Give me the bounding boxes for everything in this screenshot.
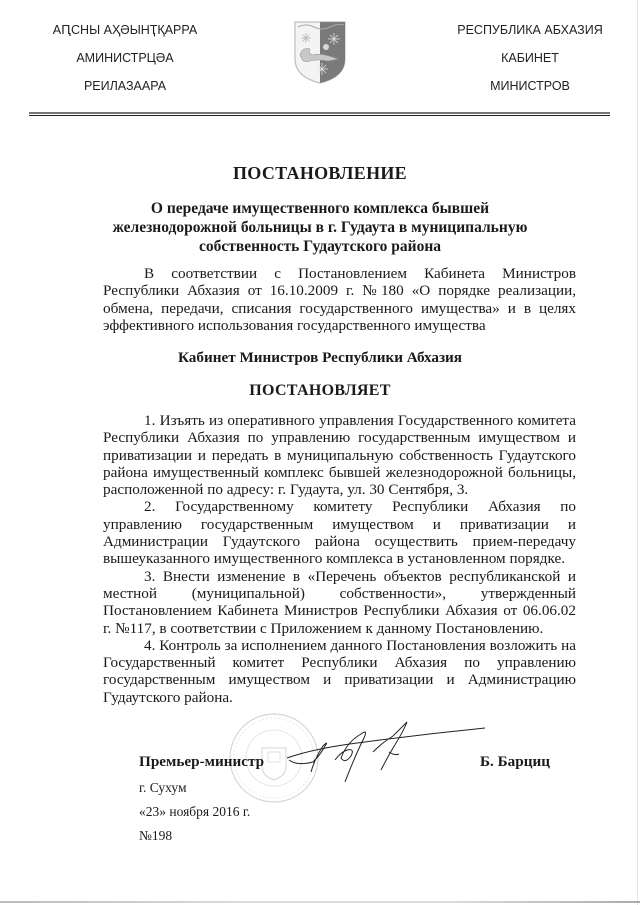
header-russian: РЕСПУБЛИКА АБХАЗИЯ КАБИНЕТ МИНИСТРОВ bbox=[440, 20, 620, 104]
preamble-text: В соответствии с Постановлением Кабинета… bbox=[103, 265, 576, 334]
header-divider bbox=[29, 115, 610, 116]
signatory-position: Премьер-министр bbox=[139, 753, 264, 771]
coat-of-arms-icon bbox=[292, 19, 348, 85]
preamble: В соответствии с Постановлением Кабинета… bbox=[103, 265, 576, 334]
header-line: РЕИЛАЗААРА bbox=[30, 76, 220, 104]
header-line: АМИНИСТРЦӘА bbox=[30, 48, 220, 76]
decree-items: 1. Изъять из оперативного управления Гос… bbox=[103, 412, 576, 706]
signature-icon bbox=[285, 712, 505, 804]
header-line: АԤСНЫ АҲӘЫНҬҚАРРА bbox=[30, 20, 220, 48]
issue-city: г. Сухум bbox=[139, 780, 187, 796]
resolves-heading: ПОСТАНОВЛЯЕТ bbox=[0, 382, 640, 400]
document-subtitle: О передаче имущественного комплекса бывш… bbox=[110, 199, 530, 256]
decree-item: 1. Изъять из оперативного управления Гос… bbox=[103, 412, 576, 498]
issuer: Кабинет Министров Республики Абхазия bbox=[0, 349, 640, 367]
decree-item: 2. Государственному комитету Республики … bbox=[103, 498, 576, 567]
page-edge bbox=[637, 0, 638, 905]
decree-item: 4. Контроль за исполнением данного Поста… bbox=[103, 637, 576, 706]
page-edge bbox=[0, 901, 640, 903]
document-page: АԤСНЫ АҲӘЫНҬҚАРРА АМИНИСТРЦӘА РЕИЛАЗААРА… bbox=[0, 0, 640, 905]
header-line: МИНИСТРОВ bbox=[440, 76, 620, 104]
header-abkhaz: АԤСНЫ АҲӘЫНҬҚАРРА АМИНИСТРЦӘА РЕИЛАЗААРА bbox=[30, 20, 220, 104]
document-title: ПОСТАНОВЛЕНИЕ bbox=[0, 163, 640, 184]
decree-item: 3. Внести изменение в «Перечень объектов… bbox=[103, 568, 576, 637]
signatory-name: Б. Барциц bbox=[480, 753, 550, 771]
header-line: КАБИНЕТ bbox=[440, 48, 620, 76]
header-line: РЕСПУБЛИКА АБХАЗИЯ bbox=[440, 20, 620, 48]
issue-date: «23» ноября 2016 г. bbox=[139, 804, 250, 820]
document-number: №198 bbox=[139, 828, 172, 844]
header-divider bbox=[29, 112, 610, 114]
